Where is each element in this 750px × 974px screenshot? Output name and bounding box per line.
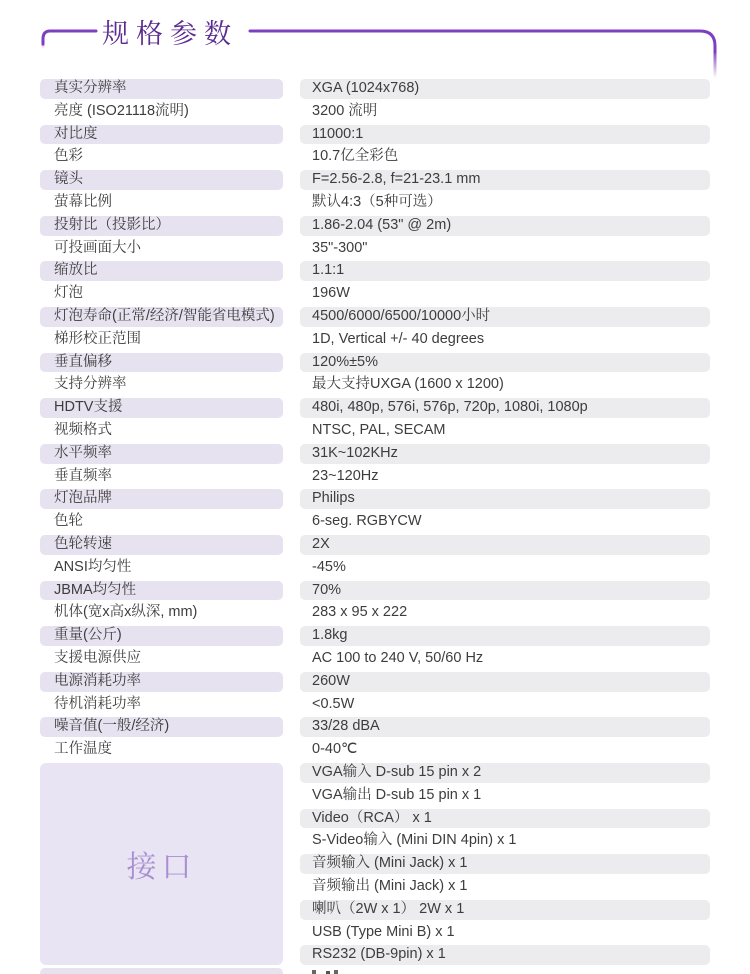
spec-label: 色彩 [40, 147, 283, 167]
spec-table: 真实分辨率 XGA (1024x768) 亮度 (ISO21118流明) 320… [40, 79, 710, 763]
table-row: JBMA均匀性 70% [40, 581, 710, 601]
table-row: 工作温度 0-40℃ [40, 740, 710, 760]
spec-label: 水平频率 [40, 444, 283, 464]
interface-label-cell: 接口 [40, 763, 283, 965]
interface-item: S-Video输入 (Mini DIN 4pin) x 1 [300, 831, 710, 851]
spec-value: 4500/6000/6500/10000小时 [300, 307, 710, 327]
spec-value: 35"-300" [300, 239, 710, 259]
interface-item: 喇叭（2W x 1） 2W x 1 [300, 900, 710, 920]
spec-value: XGA (1024x768) [300, 79, 710, 99]
spec-label: 可投画面大小 [40, 239, 283, 259]
spec-label: 支持分辨率 [40, 375, 283, 395]
table-row: 真实分辨率 XGA (1024x768) [40, 79, 710, 99]
spec-label: 重量(公斤) [40, 626, 283, 646]
spec-label: 垂直频率 [40, 467, 283, 487]
spec-value: 260W [300, 672, 710, 692]
spec-label: 噪音值(一般/经济) [40, 717, 283, 737]
table-row: 电源消耗功率 260W [40, 672, 710, 692]
interface-item: VGA输入 D-sub 15 pin x 2 [300, 763, 710, 783]
table-row: 垂直偏移 120%±5% [40, 353, 710, 373]
interface-item: VGA输出 D-sub 15 pin x 1 [300, 786, 710, 806]
interface-item: 音频输入 (Mini Jack) x 1 [300, 854, 710, 874]
spec-label: 灯泡寿命(正常/经济/智能省电模式) [40, 307, 283, 327]
spec-value: 196W [300, 284, 710, 304]
spec-label: 梯形校正范围 [40, 330, 283, 350]
spec-value: 11000:1 [300, 125, 710, 145]
table-row: 灯泡寿命(正常/经济/智能省电模式) 4500/6000/6500/10000小… [40, 307, 710, 327]
spec-label: 垂直偏移 [40, 353, 283, 373]
spec-value: 默认4:3（5种可选） [300, 193, 710, 213]
interface-section: 接口 VGA输入 D-sub 15 pin x 2 VGA输出 D-sub 15… [40, 763, 710, 968]
spec-label: 亮度 (ISO21118流明) [40, 102, 283, 122]
table-row: 重量(公斤) 1.8kg [40, 626, 710, 646]
spec-value: 0-40℃ [300, 740, 710, 760]
spec-value: 31K~102KHz [300, 444, 710, 464]
spec-value: 120%±5% [300, 353, 710, 373]
spec-label: 真实分辨率 [40, 79, 283, 99]
spec-label: 灯泡 [40, 284, 283, 304]
page-title: 规格参数 [102, 12, 238, 51]
table-row: ANSI均匀性 -45% [40, 558, 710, 578]
spec-label: JBMA均匀性 [40, 581, 283, 601]
table-row: 视频格式 NTSC, PAL, SECAM [40, 421, 710, 441]
interface-rows: VGA输入 D-sub 15 pin x 2 VGA输出 D-sub 15 pi… [300, 763, 710, 968]
spec-value: 2X [300, 535, 710, 555]
spec-label: 镜头 [40, 170, 283, 190]
table-row: HDTV支援 480i, 480p, 576i, 576p, 720p, 108… [40, 398, 710, 418]
spec-label: 萤幕比例 [40, 193, 283, 213]
table-row: 对比度 11000:1 [40, 125, 710, 145]
spec-value: 3200 流明 [300, 102, 710, 122]
spec-value: 283 x 95 x 222 [300, 603, 710, 623]
clipped-next-row-text [312, 970, 316, 974]
spec-value: -45% [300, 558, 710, 578]
spec-value: 10.7亿全彩色 [300, 147, 710, 167]
spec-value: 23~120Hz [300, 467, 710, 487]
table-row: 色轮转速 2X [40, 535, 710, 555]
interface-item: 音频输出 (Mini Jack) x 1 [300, 877, 710, 897]
spec-label: 对比度 [40, 125, 283, 145]
interface-item: Video（RCA） x 1 [300, 809, 710, 829]
table-row: 灯泡 196W [40, 284, 710, 304]
table-row: 投射比（投影比） 1.86-2.04 (53" @ 2m) [40, 216, 710, 236]
table-row: 机体(宽x高x纵深, mm) 283 x 95 x 222 [40, 603, 710, 623]
table-row: 缩放比 1.1:1 [40, 261, 710, 281]
spec-value: 480i, 480p, 576i, 576p, 720p, 1080i, 108… [300, 398, 710, 418]
spec-value: 1D, Vertical +/- 40 degrees [300, 330, 710, 350]
spec-label: 灯泡品牌 [40, 489, 283, 509]
spec-label: 缩放比 [40, 261, 283, 281]
spec-label: 色轮 [40, 512, 283, 532]
clipped-next-row-cell [40, 968, 283, 974]
interface-label: 接口 [127, 842, 197, 886]
spec-label: 待机消耗功率 [40, 695, 283, 715]
spec-value: 33/28 dBA [300, 717, 710, 737]
table-row: 支持分辨率 最大支持UXGA (1600 x 1200) [40, 375, 710, 395]
spec-value: 6-seg. RGBYCW [300, 512, 710, 532]
table-row: 萤幕比例 默认4:3（5种可选） [40, 193, 710, 213]
spec-value: Philips [300, 489, 710, 509]
interface-item: RS232 (DB-9pin) x 1 [300, 945, 710, 965]
spec-value: 70% [300, 581, 710, 601]
spec-label: ANSI均匀性 [40, 558, 283, 578]
table-row: 梯形校正范围 1D, Vertical +/- 40 degrees [40, 330, 710, 350]
table-row: 色彩 10.7亿全彩色 [40, 147, 710, 167]
table-row: 灯泡品牌 Philips [40, 489, 710, 509]
table-row: 可投画面大小 35"-300" [40, 239, 710, 259]
table-row: 噪音值(一般/经济) 33/28 dBA [40, 717, 710, 737]
spec-label: 工作温度 [40, 740, 283, 760]
spec-value: 1.8kg [300, 626, 710, 646]
table-row: 待机消耗功率 <0.5W [40, 695, 710, 715]
spec-label: 支援电源供应 [40, 649, 283, 669]
spec-value: 1.1:1 [300, 261, 710, 281]
spec-value: AC 100 to 240 V, 50/60 Hz [300, 649, 710, 669]
table-row: 镜头 F=2.56-2.8, f=21-23.1 mm [40, 170, 710, 190]
spec-sheet-page: 规格参数 真实分辨率 XGA (1024x768) 亮度 (ISO21118流明… [0, 0, 750, 974]
spec-value: 1.86-2.04 (53" @ 2m) [300, 216, 710, 236]
spec-label: HDTV支援 [40, 398, 283, 418]
table-row: 垂直频率 23~120Hz [40, 467, 710, 487]
spec-value: F=2.56-2.8, f=21-23.1 mm [300, 170, 710, 190]
interface-item: USB (Type Mini B) x 1 [300, 923, 710, 943]
spec-value: NTSC, PAL, SECAM [300, 421, 710, 441]
table-row: 亮度 (ISO21118流明) 3200 流明 [40, 102, 710, 122]
table-row: 支援电源供应 AC 100 to 240 V, 50/60 Hz [40, 649, 710, 669]
spec-label: 电源消耗功率 [40, 672, 283, 692]
spec-label: 投射比（投影比） [40, 216, 283, 236]
table-row: 色轮 6-seg. RGBYCW [40, 512, 710, 532]
spec-label: 色轮转速 [40, 535, 283, 555]
spec-value: 最大支持UXGA (1600 x 1200) [300, 375, 710, 395]
table-row: 水平频率 31K~102KHz [40, 444, 710, 464]
spec-label: 机体(宽x高x纵深, mm) [40, 603, 283, 623]
spec-value: <0.5W [300, 695, 710, 715]
spec-label: 视频格式 [40, 421, 283, 441]
